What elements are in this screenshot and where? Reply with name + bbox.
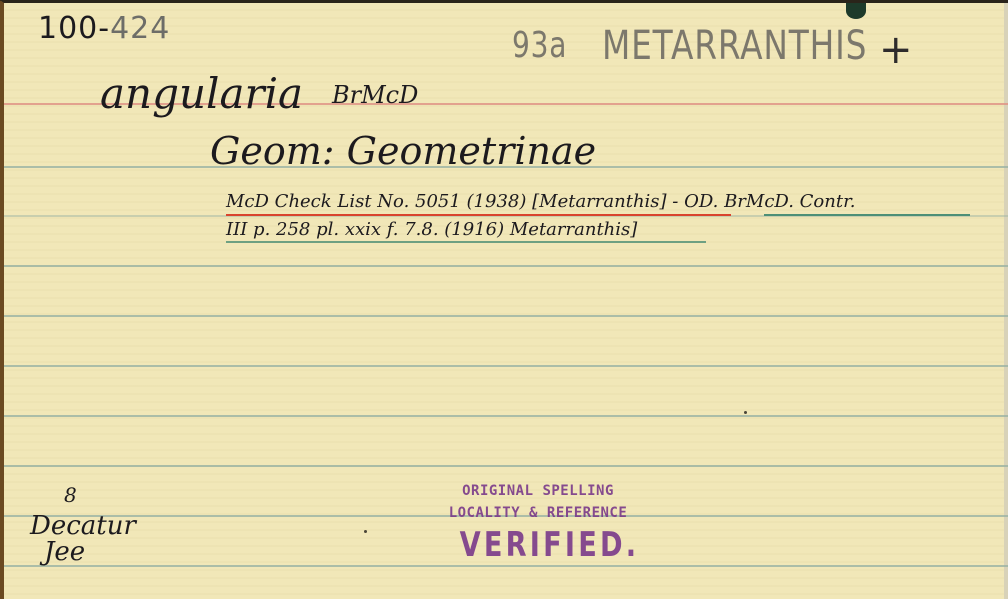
genus-name: METARRANTHIS: [602, 23, 867, 69]
catalog-number-suffix: 424: [110, 11, 170, 46]
card-edge: [1004, 3, 1008, 598]
locality-name-2: Jee: [44, 537, 85, 567]
stamp-line-1: ORIGINAL SPELLING: [440, 483, 636, 499]
catalog-number-prefix: 100-: [38, 11, 110, 46]
species-name: angularia: [100, 69, 303, 118]
green-underline: [226, 241, 706, 243]
ruled-line: [4, 565, 1008, 567]
locality-number: 8: [64, 483, 77, 507]
verified-stamp: ORIGINAL SPELLING LOCALITY & REFERENCE V…: [440, 483, 636, 565]
ruled-line: [4, 265, 1008, 267]
stamp-line-2: LOCALITY & REFERENCE: [440, 505, 636, 521]
ruled-line: [4, 465, 1008, 467]
speck: [744, 411, 747, 414]
green-underline: [764, 214, 970, 216]
ruled-line: [4, 415, 1008, 417]
speck: [364, 530, 367, 533]
genus-mark: +: [879, 27, 913, 73]
family-subfamily: Geom: Geometrinae: [210, 129, 596, 173]
ink-blot: [846, 3, 866, 19]
genus-code: 93a: [512, 25, 567, 66]
reference-line-1: McD Check List No. 5051 (1938) [Metarran…: [226, 191, 855, 212]
index-card: 100-424 93a METARRANTHIS + angularia BrM…: [0, 0, 1008, 598]
ruled-line: [4, 365, 1008, 367]
stamp-line-3: VERIFIED.: [460, 525, 617, 565]
red-underline: [226, 214, 731, 216]
catalog-number: 100-424: [38, 11, 170, 46]
reference-line-2: III p. 258 pl. xxix f. 7.8. (1916) Metar…: [226, 219, 637, 240]
ruled-line: [4, 315, 1008, 317]
species-author: BrMcD: [332, 81, 418, 109]
